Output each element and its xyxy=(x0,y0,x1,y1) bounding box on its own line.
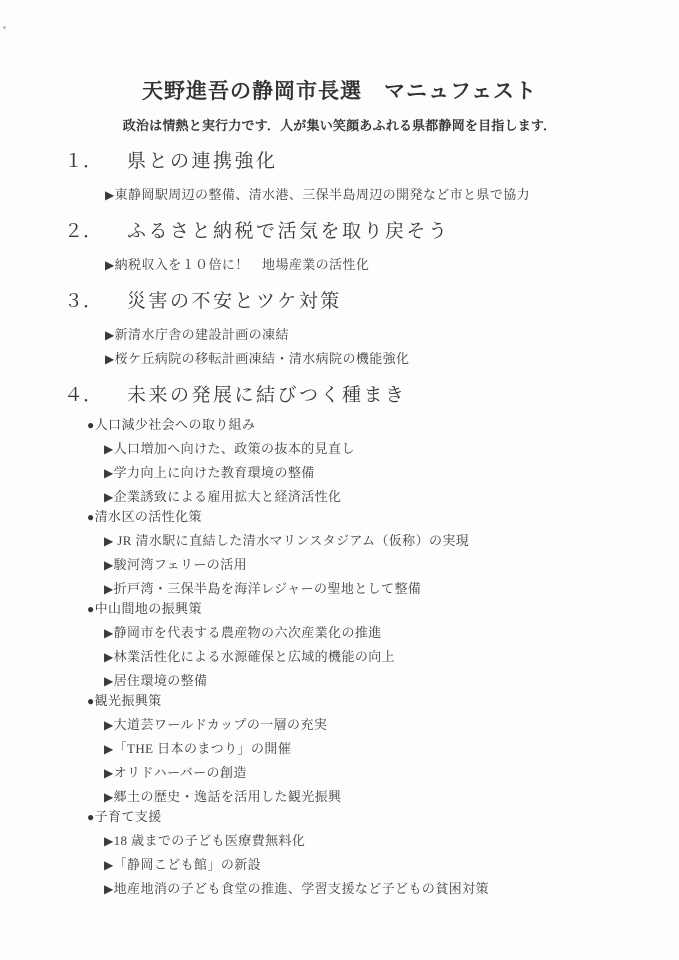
policy-item-text: 人口増加へ向けた、政策の抜本的見直し xyxy=(114,441,355,456)
circle-bullet-icon: ● xyxy=(87,690,95,713)
triangle-bullet-icon: ▶ xyxy=(104,762,114,785)
policy-item-text: 地産地消の子ども食堂の推進、学習支援など子どもの貧困対策 xyxy=(114,881,489,896)
policy-item: ▶納税収入を１０倍に！ 地場産業の活性化 xyxy=(0,253,679,277)
policy-item-text: 桜ケ丘病院の移転計画凍結・清水病院の機能強化 xyxy=(115,351,410,366)
group-label: ●観光振興策 xyxy=(0,689,679,713)
section-number: ４． xyxy=(64,383,127,408)
triangle-bullet-icon: ▶ xyxy=(105,348,115,371)
triangle-bullet-icon: ▶ xyxy=(104,714,114,737)
policy-item-text: 大道芸ワールドカップの一層の充実 xyxy=(114,717,328,732)
group-label-text: 子育て支援 xyxy=(95,809,162,824)
triangle-bullet-icon: ▶ xyxy=(104,830,114,853)
policy-item-text: 静岡市を代表する農産物の六次産業化の推進 xyxy=(114,625,382,640)
policy-item-text: 企業誘致による雇用拡大と経済活性化 xyxy=(114,489,342,504)
policy-item: ▶人口増加へ向けた、政策の抜本的見直し xyxy=(0,437,679,461)
group-label-text: 観光振興策 xyxy=(95,693,162,708)
group-label-text: 中山間地の振興策 xyxy=(95,601,202,616)
section-number: ２． xyxy=(64,219,127,244)
section-number: １． xyxy=(64,149,127,174)
policy-item-text: 郷土の歴史・逸話を活用した観光振興 xyxy=(114,789,342,804)
section-number: ３． xyxy=(64,289,127,314)
policy-group-childcare: ●子育て支援 ▶18 歳までの子ども医療費無料化 ▶「静岡こども館」の新設 ▶地… xyxy=(0,805,679,901)
policy-item-text: 折戸湾・三保半島を海洋レジャーの聖地として整備 xyxy=(114,581,422,596)
circle-bullet-icon: ● xyxy=(87,806,95,829)
policy-group-population: ●人口減少社会への取り組み ▶人口増加へ向けた、政策の抜本的見直し ▶学力向上に… xyxy=(0,413,679,509)
policy-item: ▶大道芸ワールドカップの一層の充実 xyxy=(0,713,679,737)
triangle-bullet-icon: ▶ xyxy=(105,254,115,277)
section-title: ふるさと納税で活気を取り戻そう xyxy=(127,219,450,244)
group-label: ●人口減少社会への取り組み xyxy=(0,413,679,437)
policy-item-text: 学力向上に向けた教育環境の整備 xyxy=(114,465,315,480)
triangle-bullet-icon: ▶ xyxy=(104,738,114,761)
policy-item: ▶地産地消の子ども食堂の推進、学習支援など子どもの貧困対策 xyxy=(0,877,679,901)
policy-item-text: 納税収入を１０倍に！ 地場産業の活性化 xyxy=(115,257,370,272)
page-subtitle: 政治は情熱と実行力です．人が集い笑顔あふれる県都静岡を目指します． xyxy=(0,116,679,136)
triangle-bullet-icon: ▶ xyxy=(104,854,114,877)
policy-item-text: オリドハーバーの創造 xyxy=(114,765,247,780)
section-heading: ４． 未来の発展に結びつく種まき xyxy=(0,383,679,408)
policy-item: ▶静岡市を代表する農産物の六次産業化の推進 xyxy=(0,621,679,645)
section-4: ４． 未来の発展に結びつく種まき ●人口減少社会への取り組み ▶人口増加へ向けた… xyxy=(0,383,679,901)
group-label-text: 人口減少社会への取り組み xyxy=(95,417,256,432)
policy-item-text: 駿河湾フェリーの活用 xyxy=(114,557,247,572)
section-1: １． 県との連携強化 ▶東静岡駅周辺の整備、清水港、三保半島周辺の開発など市と県… xyxy=(0,149,679,207)
policy-item: ▶学力向上に向けた教育環境の整備 xyxy=(0,461,679,485)
policy-item-text: 林業活性化による水源確保と広域的機能の向上 xyxy=(114,649,395,664)
scanned-manifesto-page: 天野進吾の静岡市長選 マニュフェスト 政治は情熱と実行力です．人が集い笑顔あふれ… xyxy=(0,0,679,960)
section-title: 災害の不安とツケ対策 xyxy=(127,289,342,314)
policy-item-text: 18 歳までの子ども医療費無料化 xyxy=(114,833,306,848)
circle-bullet-icon: ● xyxy=(87,598,95,621)
section-2: ２． ふるさと納税で活気を取り戻そう ▶納税収入を１０倍に！ 地場産業の活性化 xyxy=(0,219,679,277)
policy-group-tourism: ●観光振興策 ▶大道芸ワールドカップの一層の充実 ▶「THE 日本のまつり」の開… xyxy=(0,689,679,809)
policy-item-text: 「静岡こども館」の新設 xyxy=(114,857,261,872)
page-title: 天野進吾の静岡市長選 マニュフェスト xyxy=(0,80,679,104)
triangle-bullet-icon: ▶ xyxy=(104,438,114,461)
policy-group-mountain-areas: ●中山間地の振興策 ▶静岡市を代表する農産物の六次産業化の推進 ▶林業活性化によ… xyxy=(0,597,679,693)
policy-item: ▶東静岡駅周辺の整備、清水港、三保半島周辺の開発など市と県で協力 xyxy=(0,183,679,207)
section-3: ３． 災害の不安とツケ対策 ▶新清水庁舎の建設計画の凍結 ▶桜ケ丘病院の移転計画… xyxy=(0,289,679,371)
scan-speck xyxy=(3,26,6,29)
policy-item-text: JR 清水駅に直結した清水マリンスタジアム（仮称）の実現 xyxy=(114,533,470,548)
policy-group-shimizu: ●清水区の活性化策 ▶ JR 清水駅に直結した清水マリンスタジアム（仮称）の実現… xyxy=(0,505,679,601)
triangle-bullet-icon: ▶ xyxy=(104,878,114,901)
triangle-bullet-icon: ▶ xyxy=(104,646,114,669)
policy-item: ▶林業活性化による水源確保と広域的機能の向上 xyxy=(0,645,679,669)
triangle-bullet-icon: ▶ xyxy=(104,530,114,553)
policy-item-text: 東静岡駅周辺の整備、清水港、三保半島周辺の開発など市と県で協力 xyxy=(115,187,530,202)
policy-item: ▶オリドハーバーの創造 xyxy=(0,761,679,785)
policy-item-text: 居住環境の整備 xyxy=(114,673,208,688)
policy-item: ▶駿河湾フェリーの活用 xyxy=(0,553,679,577)
group-label-text: 清水区の活性化策 xyxy=(95,509,202,524)
triangle-bullet-icon: ▶ xyxy=(104,462,114,485)
policy-item: ▶「THE 日本のまつり」の開催 xyxy=(0,737,679,761)
triangle-bullet-icon: ▶ xyxy=(104,622,114,645)
triangle-bullet-icon: ▶ xyxy=(105,324,115,347)
section-title: 未来の発展に結びつく種まき xyxy=(127,383,407,408)
triangle-bullet-icon: ▶ xyxy=(104,554,114,577)
section-heading: ２． ふるさと納税で活気を取り戻そう xyxy=(0,219,679,244)
policy-item: ▶18 歳までの子ども医療費無料化 xyxy=(0,829,679,853)
policy-item: ▶ JR 清水駅に直結した清水マリンスタジアム（仮称）の実現 xyxy=(0,529,679,553)
section-title: 県との連携強化 xyxy=(127,149,278,174)
circle-bullet-icon: ● xyxy=(87,506,95,529)
policy-item-text: 新清水庁舎の建設計画の凍結 xyxy=(115,327,289,342)
circle-bullet-icon: ● xyxy=(87,414,95,437)
policy-item: ▶「静岡こども館」の新設 xyxy=(0,853,679,877)
triangle-bullet-icon: ▶ xyxy=(105,184,115,207)
section-heading: ３． 災害の不安とツケ対策 xyxy=(0,289,679,314)
policy-item-text: 「THE 日本のまつり」の開催 xyxy=(114,741,292,756)
policy-item: ▶新清水庁舎の建設計画の凍結 xyxy=(0,323,679,347)
section-heading: １． 県との連携強化 xyxy=(0,149,679,174)
policy-item: ▶桜ケ丘病院の移転計画凍結・清水病院の機能強化 xyxy=(0,347,679,371)
